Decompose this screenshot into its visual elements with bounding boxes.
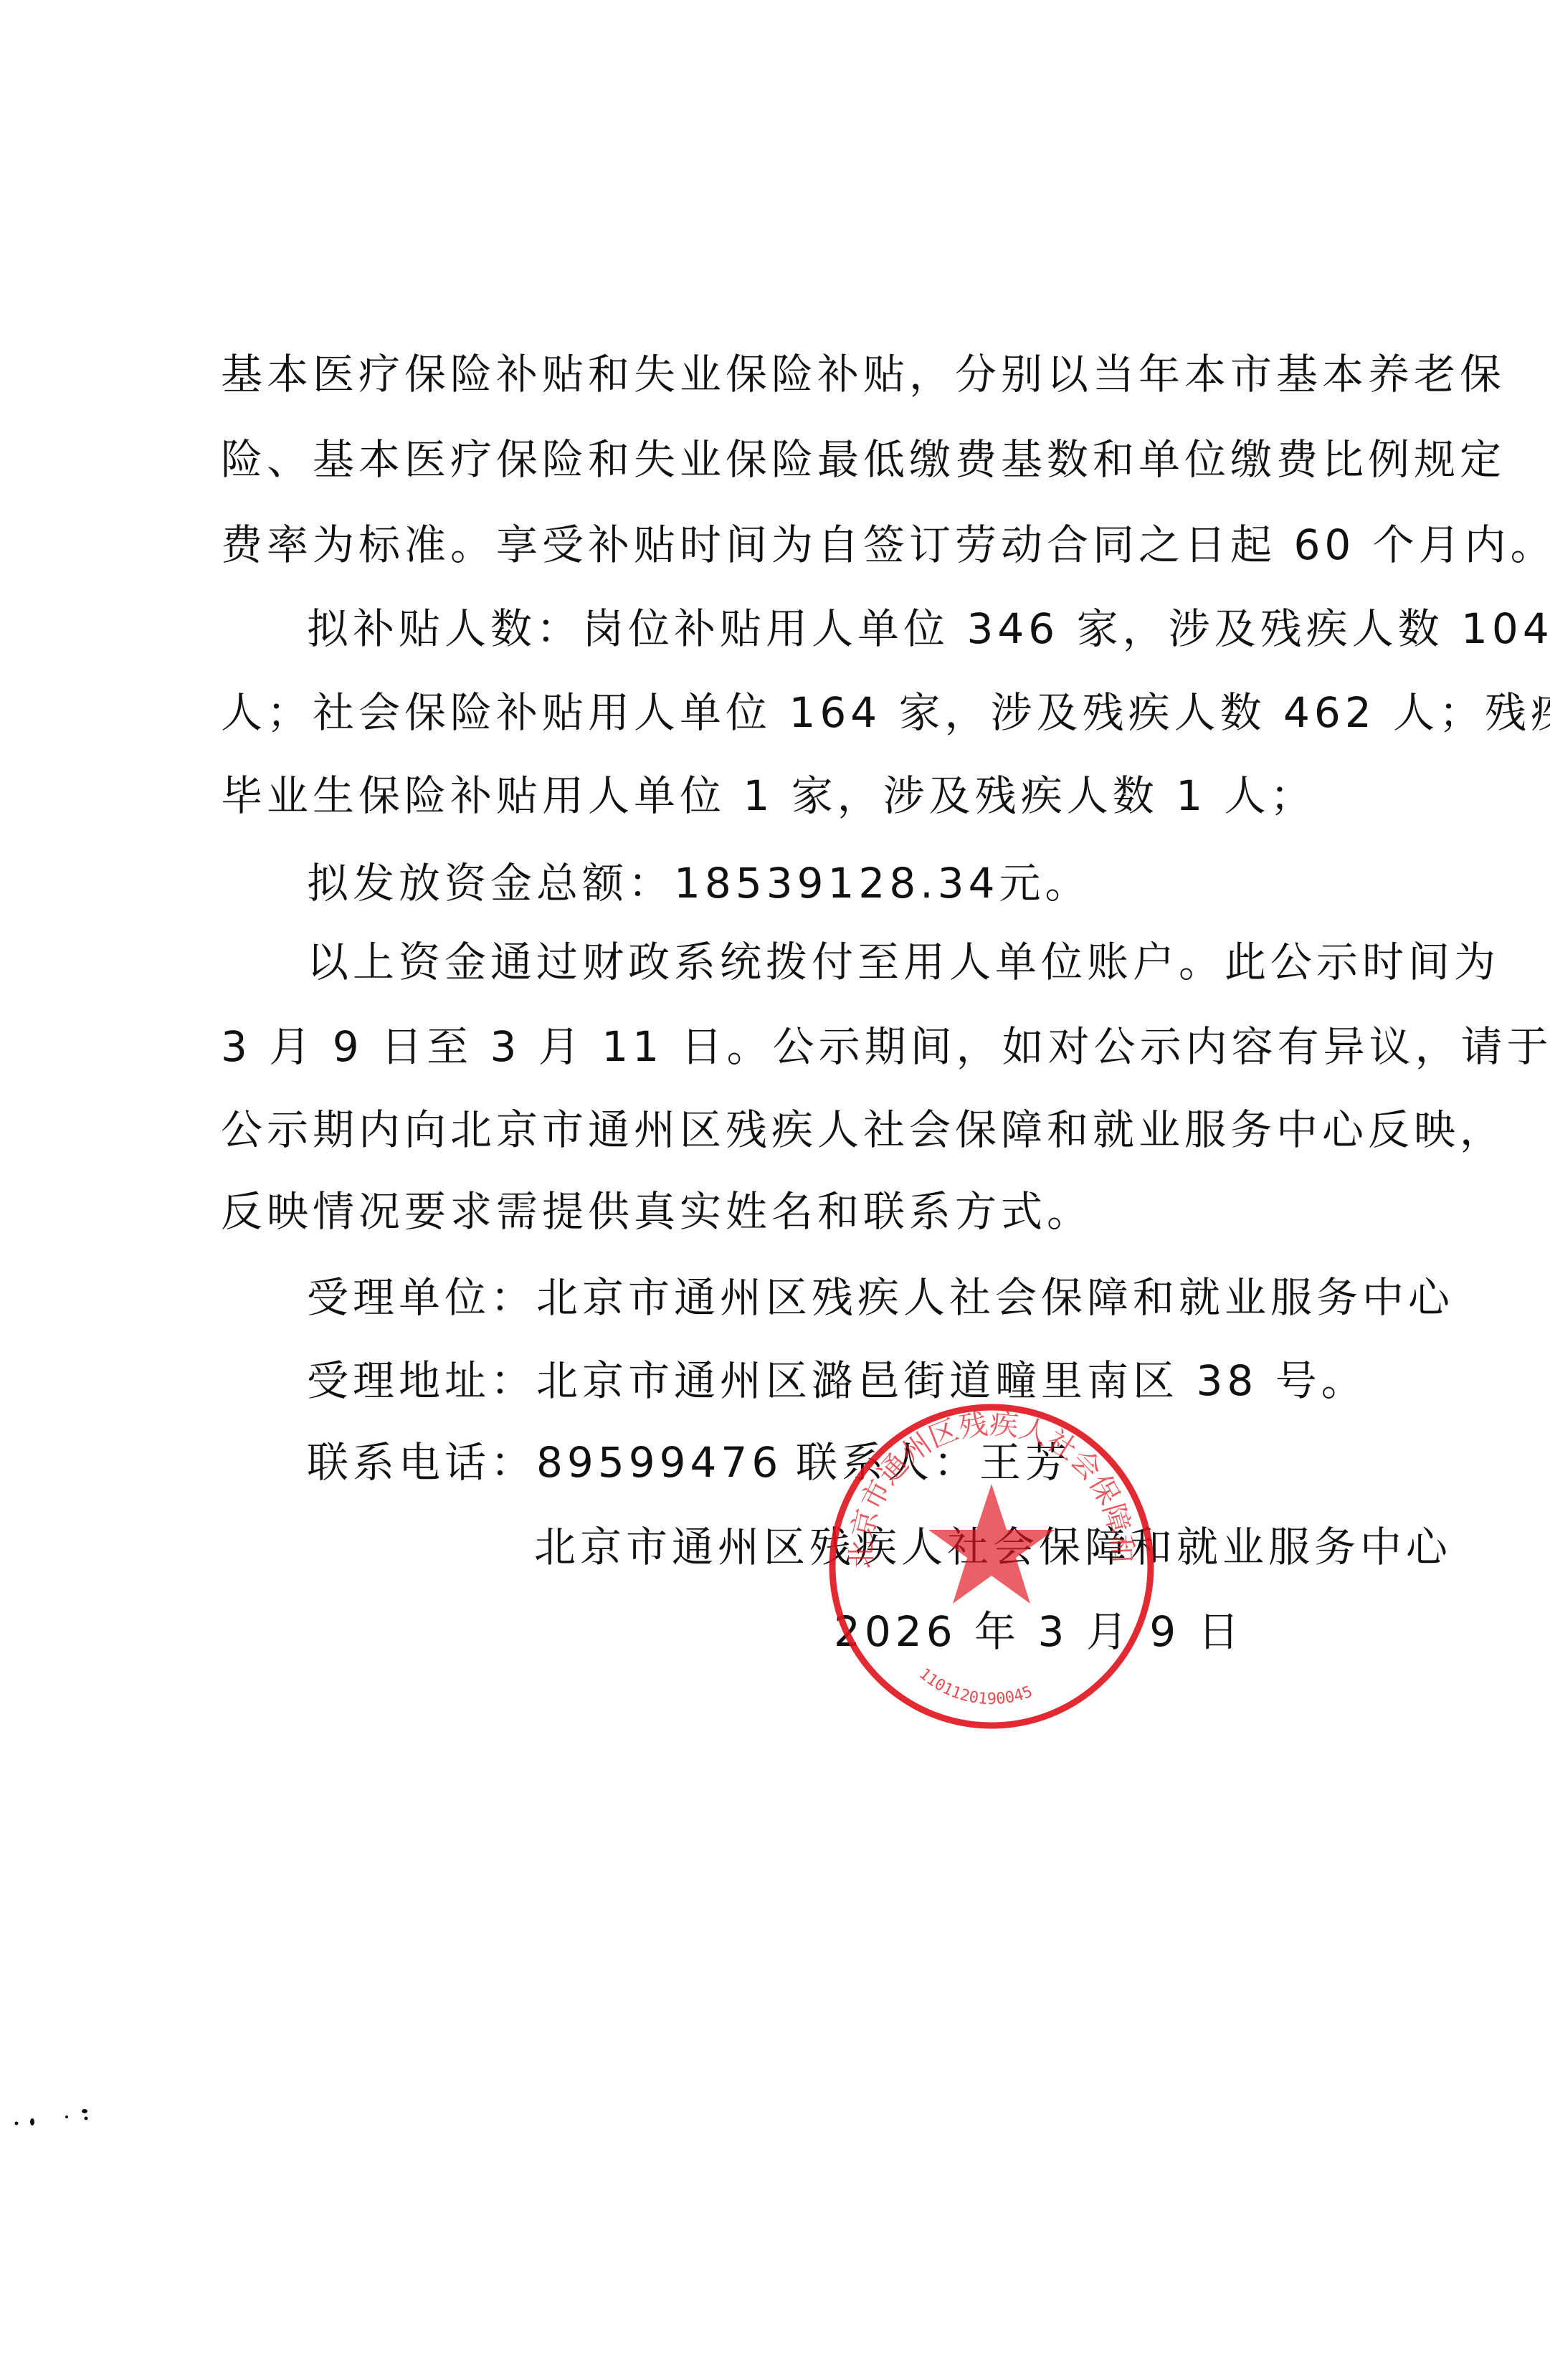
paragraph-3-line-3: 公示期内向北京市通州区残疾人社会保障和就业服务中心反映， [221,1101,1506,1158]
paragraph-1-line-3: 费率为标准。享受补贴时间为自签订劳动合同之日起 60 个月内。 [221,516,1550,573]
contact-phone-label: 联系电话： [307,1438,536,1487]
paragraph-2-line-2: 人；社会保险补贴用人单位 164 家，涉及残疾人数 462 人；残疾人 [221,684,1550,741]
total-funds-unit: 元。 [999,859,1090,908]
paragraph-3-line-1: 以上资金通过财政系统拨付至用人单位账户。此公示时间为 [307,933,1500,991]
handling-address: 受理地址：北京市通州区潞邑街道疃里南区 38 号。 [307,1352,1367,1409]
contact-phone: 联系电话：89599476 [307,1434,782,1491]
signature-date: 2026 年 3 月 9 日 [834,1603,1244,1660]
total-funds-label: 拟发放资金总额： [307,859,674,908]
handling-unit: 受理单位：北京市通州区残疾人社会保障和就业服务中心 [307,1269,1454,1326]
contact-person: 联系人：王芳 [796,1434,1071,1491]
paragraph-1-line-2: 险、基本医疗保险和失业保险最低缴费基数和单位缴费比例规定 [221,431,1506,488]
paragraph-3-line-4: 反映情况要求需提供真实姓名和联系方式。 [221,1183,1093,1240]
paragraph-3-line-2: 3 月 9 日至 3 月 11 日。公示期间，如对公示内容有异议，请于 [221,1018,1550,1075]
handling-unit-label: 受理单位： [307,1273,536,1322]
contact-person-value: 王芳 [979,1438,1071,1487]
signature-organization: 北京市通州区残疾人社会保障和就业服务中心 [534,1518,1452,1576]
total-funds: 拟发放资金总额：18539128.34元。 [307,855,1090,912]
handling-address-value: 北京市通州区潞邑街道疃里南区 38 号。 [536,1356,1367,1405]
paragraph-2-line-3: 毕业生保险补贴用人单位 1 家，涉及残疾人数 1 人； [221,767,1316,824]
paragraph-1-line-1: 基本医疗保险补贴和失业保险补贴，分别以当年本市基本养老保 [221,346,1506,403]
scan-specks [11,2108,97,2136]
handling-address-label: 受理地址： [307,1356,536,1405]
contact-person-label: 联系人： [796,1438,979,1487]
handling-unit-value: 北京市通州区残疾人社会保障和就业服务中心 [536,1273,1454,1322]
svg-text:1101120190045: 1101120190045 [916,1665,1035,1709]
total-funds-amount: 18539128.34 [674,859,999,908]
paragraph-2-line-1: 拟补贴人数：岗位补贴用人单位 346 家，涉及残疾人数 1046 [307,600,1550,657]
contact-phone-value: 89599476 [536,1438,782,1487]
